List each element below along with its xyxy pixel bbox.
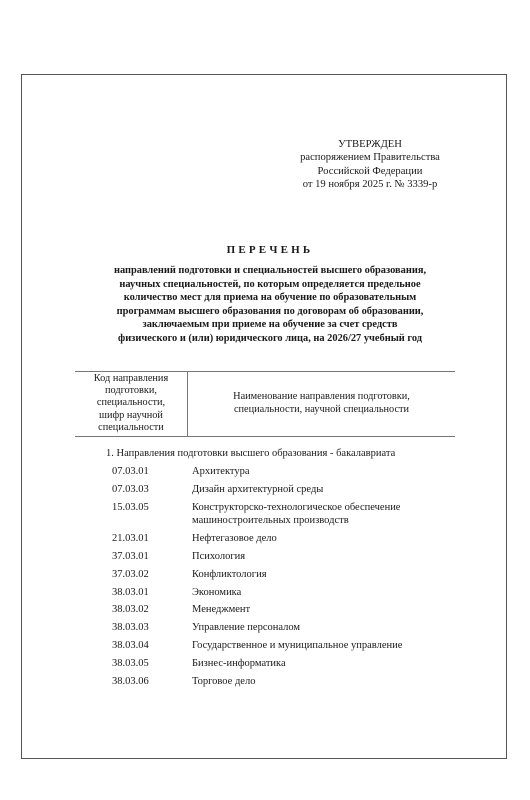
program-name: Дизайн архитектурной среды bbox=[192, 484, 462, 497]
program-code: 21.03.01 bbox=[112, 533, 192, 546]
document-subtitle: направлений подготовки и специальностей … bbox=[60, 264, 480, 346]
table-header: Код направления подготовки, специальност… bbox=[75, 371, 455, 437]
table-row: 07.03.01Архитектура bbox=[112, 466, 462, 479]
approval-stamp: УТВЕРЖДЕН распоряжением Правительства Ро… bbox=[270, 138, 470, 192]
subtitle-line: программам высшего образования по догово… bbox=[60, 305, 480, 319]
program-code: 38.03.02 bbox=[112, 604, 192, 617]
program-name: Государственное и муниципальное управлен… bbox=[192, 640, 462, 653]
header-text-line: Наименование направления подготовки, bbox=[233, 391, 410, 404]
program-name: Бизнес-информатика bbox=[192, 658, 462, 671]
program-code: 37.03.02 bbox=[112, 569, 192, 582]
subtitle-line: физического и (или) юридического лица, н… bbox=[60, 332, 480, 346]
table-row: 38.03.01Экономика bbox=[112, 587, 462, 600]
program-name: Конструкторско-технологическое обеспечен… bbox=[192, 502, 462, 527]
table-row: 37.03.02Конфликтология bbox=[112, 569, 462, 582]
header-code-column: Код направления подготовки, специальност… bbox=[75, 372, 188, 436]
approval-line: от 19 ноября 2025 г. № 3339-р bbox=[270, 178, 470, 191]
program-name: Менеджмент bbox=[192, 604, 462, 617]
table-row: 37.03.01Психология bbox=[112, 551, 462, 564]
program-code: 38.03.03 bbox=[112, 622, 192, 635]
subtitle-line: заключаемым при приеме на обучение за сч… bbox=[60, 318, 480, 332]
program-name: Психология bbox=[192, 551, 462, 564]
program-code: 15.03.05 bbox=[112, 502, 192, 527]
approval-line: УТВЕРЖДЕН bbox=[270, 138, 470, 151]
program-code: 38.03.05 bbox=[112, 658, 192, 671]
table-row: 07.03.03Дизайн архитектурной среды bbox=[112, 484, 462, 497]
header-text-line: Код направления bbox=[75, 373, 187, 385]
program-name: Торговое дело bbox=[192, 676, 462, 689]
approval-line: распоряжением Правительства bbox=[270, 151, 470, 164]
table-row: 38.03.02Менеджмент bbox=[112, 604, 462, 617]
subtitle-line: научных специальностей, по которым опред… bbox=[60, 278, 480, 292]
program-list: 07.03.01Архитектура07.03.03Дизайн архите… bbox=[112, 466, 462, 694]
program-name: Конфликтология bbox=[192, 569, 462, 582]
table-row: 21.03.01Нефтегазовое дело bbox=[112, 533, 462, 546]
section-heading: 1. Направления подготовки высшего образо… bbox=[106, 448, 395, 459]
program-name: Управление персоналом bbox=[192, 622, 462, 635]
table-row: 15.03.05Конструкторско-технологическое о… bbox=[112, 502, 462, 527]
program-name: Экономика bbox=[192, 587, 462, 600]
subtitle-line: направлений подготовки и специальностей … bbox=[60, 264, 480, 278]
program-code: 38.03.06 bbox=[112, 676, 192, 689]
subtitle-line: количество мест для приема на обучение п… bbox=[60, 291, 480, 305]
program-code: 38.03.04 bbox=[112, 640, 192, 653]
table-row: 38.03.04Государственное и муниципальное … bbox=[112, 640, 462, 653]
table-row: 38.03.05Бизнес-информатика bbox=[112, 658, 462, 671]
header-text-line: специальности bbox=[75, 422, 187, 434]
document-title: ПЕРЕЧЕНЬ bbox=[60, 244, 480, 256]
program-code: 37.03.01 bbox=[112, 551, 192, 564]
table-row: 38.03.06Торговое дело bbox=[112, 676, 462, 689]
header-text-line: шифр научной bbox=[75, 410, 187, 422]
program-code: 07.03.01 bbox=[112, 466, 192, 479]
header-text-line: специальности, научной специальности bbox=[233, 404, 410, 417]
program-code: 38.03.01 bbox=[112, 587, 192, 600]
approval-line: Российской Федерации bbox=[270, 165, 470, 178]
header-name-column: Наименование направления подготовки, спе… bbox=[188, 372, 455, 436]
program-code: 07.03.03 bbox=[112, 484, 192, 497]
header-text-line: подготовки, bbox=[75, 385, 187, 397]
table-row: 38.03.03Управление персоналом bbox=[112, 622, 462, 635]
header-text-line: специальности, bbox=[75, 397, 187, 409]
program-name: Архитектура bbox=[192, 466, 462, 479]
program-name: Нефтегазовое дело bbox=[192, 533, 462, 546]
